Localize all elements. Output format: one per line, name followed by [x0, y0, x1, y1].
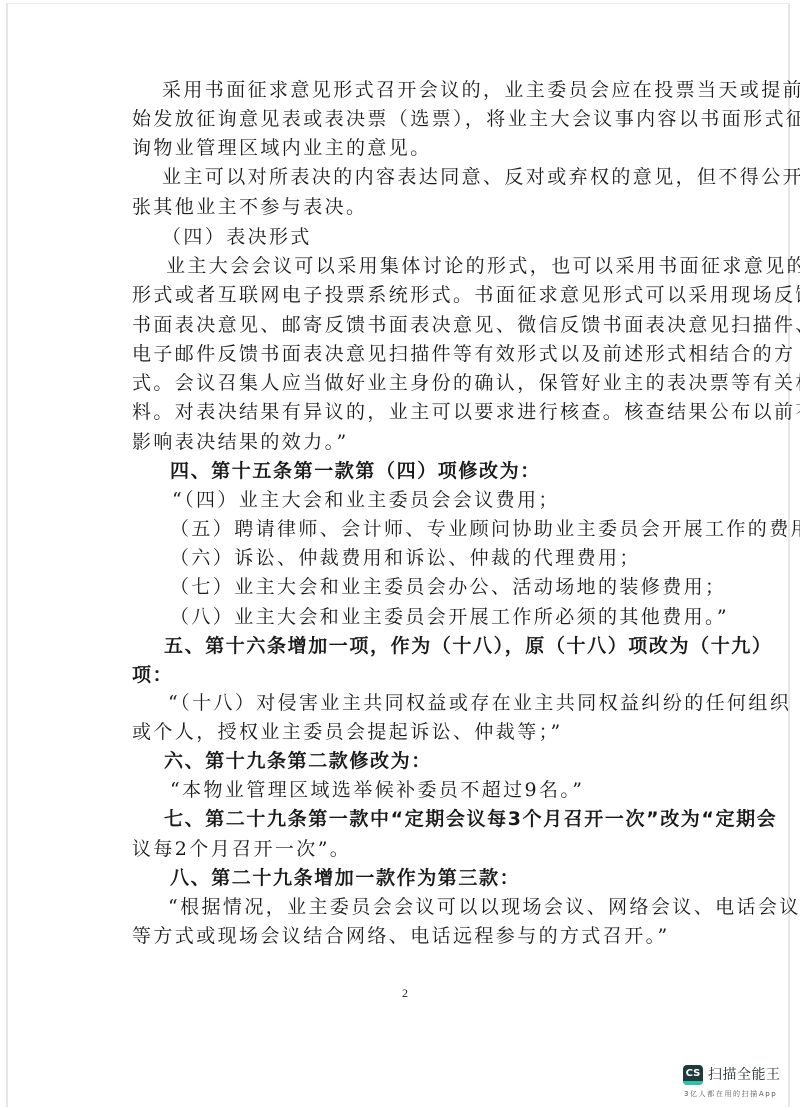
- text-line: 采用书面征求意见形式召开会议的，业主委员会应在投票当天或提前开: [162, 76, 722, 105]
- section-heading-line: 六、第十九条第二款修改为：: [164, 747, 724, 776]
- text-line: 业主大会会议可以采用集体讨论的形式，也可以采用书面征求意见的: [166, 252, 726, 281]
- text-line: “（四）业主大会和业主委员会会议费用；: [172, 486, 732, 515]
- camscanner-logo-icon: CS: [683, 1065, 703, 1085]
- text-line: 影响表决结果的效力。”: [132, 428, 692, 457]
- text-line: 料。对表决结果有异议的，业主可以要求进行核查。核查结果公布以前不: [132, 398, 692, 427]
- text-line: （五）聘请律师、会计师、专业顾问协助业主委员会开展工作的费用；: [170, 515, 730, 544]
- text-line: “（十八）对侵害业主共同权益或存在业主共同权益纠纷的任何组织: [168, 689, 728, 718]
- text-line: 形式或者互联网电子投票系统形式。书面征求意见形式可以采用现场反馈: [132, 281, 692, 310]
- section-heading-line: 八、第二十九条增加一款作为第三款：: [170, 864, 730, 893]
- section-heading-line: 七、第二十九条第一款中“定期会议每3个月召开一次”改为“定期会: [164, 805, 724, 834]
- camscanner-watermark: CS 扫描全能王 3亿人都在用的扫描App: [680, 1062, 790, 1106]
- section-heading-line: 四、第十五条第一款第（四）项修改为：: [170, 457, 730, 486]
- text-line: 询物业管理区域内业主的意见。: [132, 134, 692, 163]
- text-line: 书面表决意见、邮寄反馈书面表决意见、微信反馈书面表决意见扫描件、: [132, 311, 692, 340]
- section-heading-line: 项：: [132, 661, 692, 690]
- text-line: 电子邮件反馈书面表决意见扫描件等有效形式以及前述形式相结合的方: [132, 340, 692, 369]
- text-line: 业主可以对所表决的内容表达同意、反对或弃权的意见，但不得公开主: [162, 163, 722, 192]
- section-heading-line: 五、第十六条增加一项，作为（十八），原（十八）项改为（十九）: [164, 632, 724, 661]
- text-line: （六）诉讼、仲裁费用和诉讼、仲裁的代理费用；: [170, 544, 730, 573]
- text-line: 或个人，授权业主委员会提起诉讼、仲裁等；”: [132, 718, 692, 747]
- text-line: （八）业主大会和业主委员会开展工作所必须的其他费用。”: [170, 603, 730, 632]
- text-line: 张其他业主不参与表决。: [132, 193, 692, 222]
- text-line: “根据情况，业主委员会会议可以以现场会议、网络会议、电话会议: [168, 893, 728, 922]
- watermark-title: 扫描全能王: [708, 1064, 781, 1084]
- page-number: 2: [402, 986, 408, 1001]
- text-line: 式。会议召集人应当做好业主身份的确认，保管好业主的表决票等有关材: [132, 369, 692, 398]
- text-line: 始发放征询意见表或表决票（选票），将业主大会议事内容以书面形式征: [132, 105, 692, 134]
- watermark-subtitle: 3亿人都在用的扫描App: [684, 1089, 777, 1099]
- text-line: （七）业主大会和业主委员会办公、活动场地的装修费用；: [170, 573, 730, 602]
- text-line: 议每2个月召开一次”。: [132, 835, 692, 864]
- text-line: “本物业管理区域选举候补委员不超过9名。”: [170, 776, 730, 805]
- text-line: （四）表决形式: [162, 223, 722, 252]
- text-line: 等方式或现场会议结合网络、电话远程参与的方式召开。”: [132, 922, 692, 951]
- document-page: 采用书面征求意见形式召开会议的，业主委员会应在投票当天或提前开始发放征询意见表或…: [6, 3, 790, 1107]
